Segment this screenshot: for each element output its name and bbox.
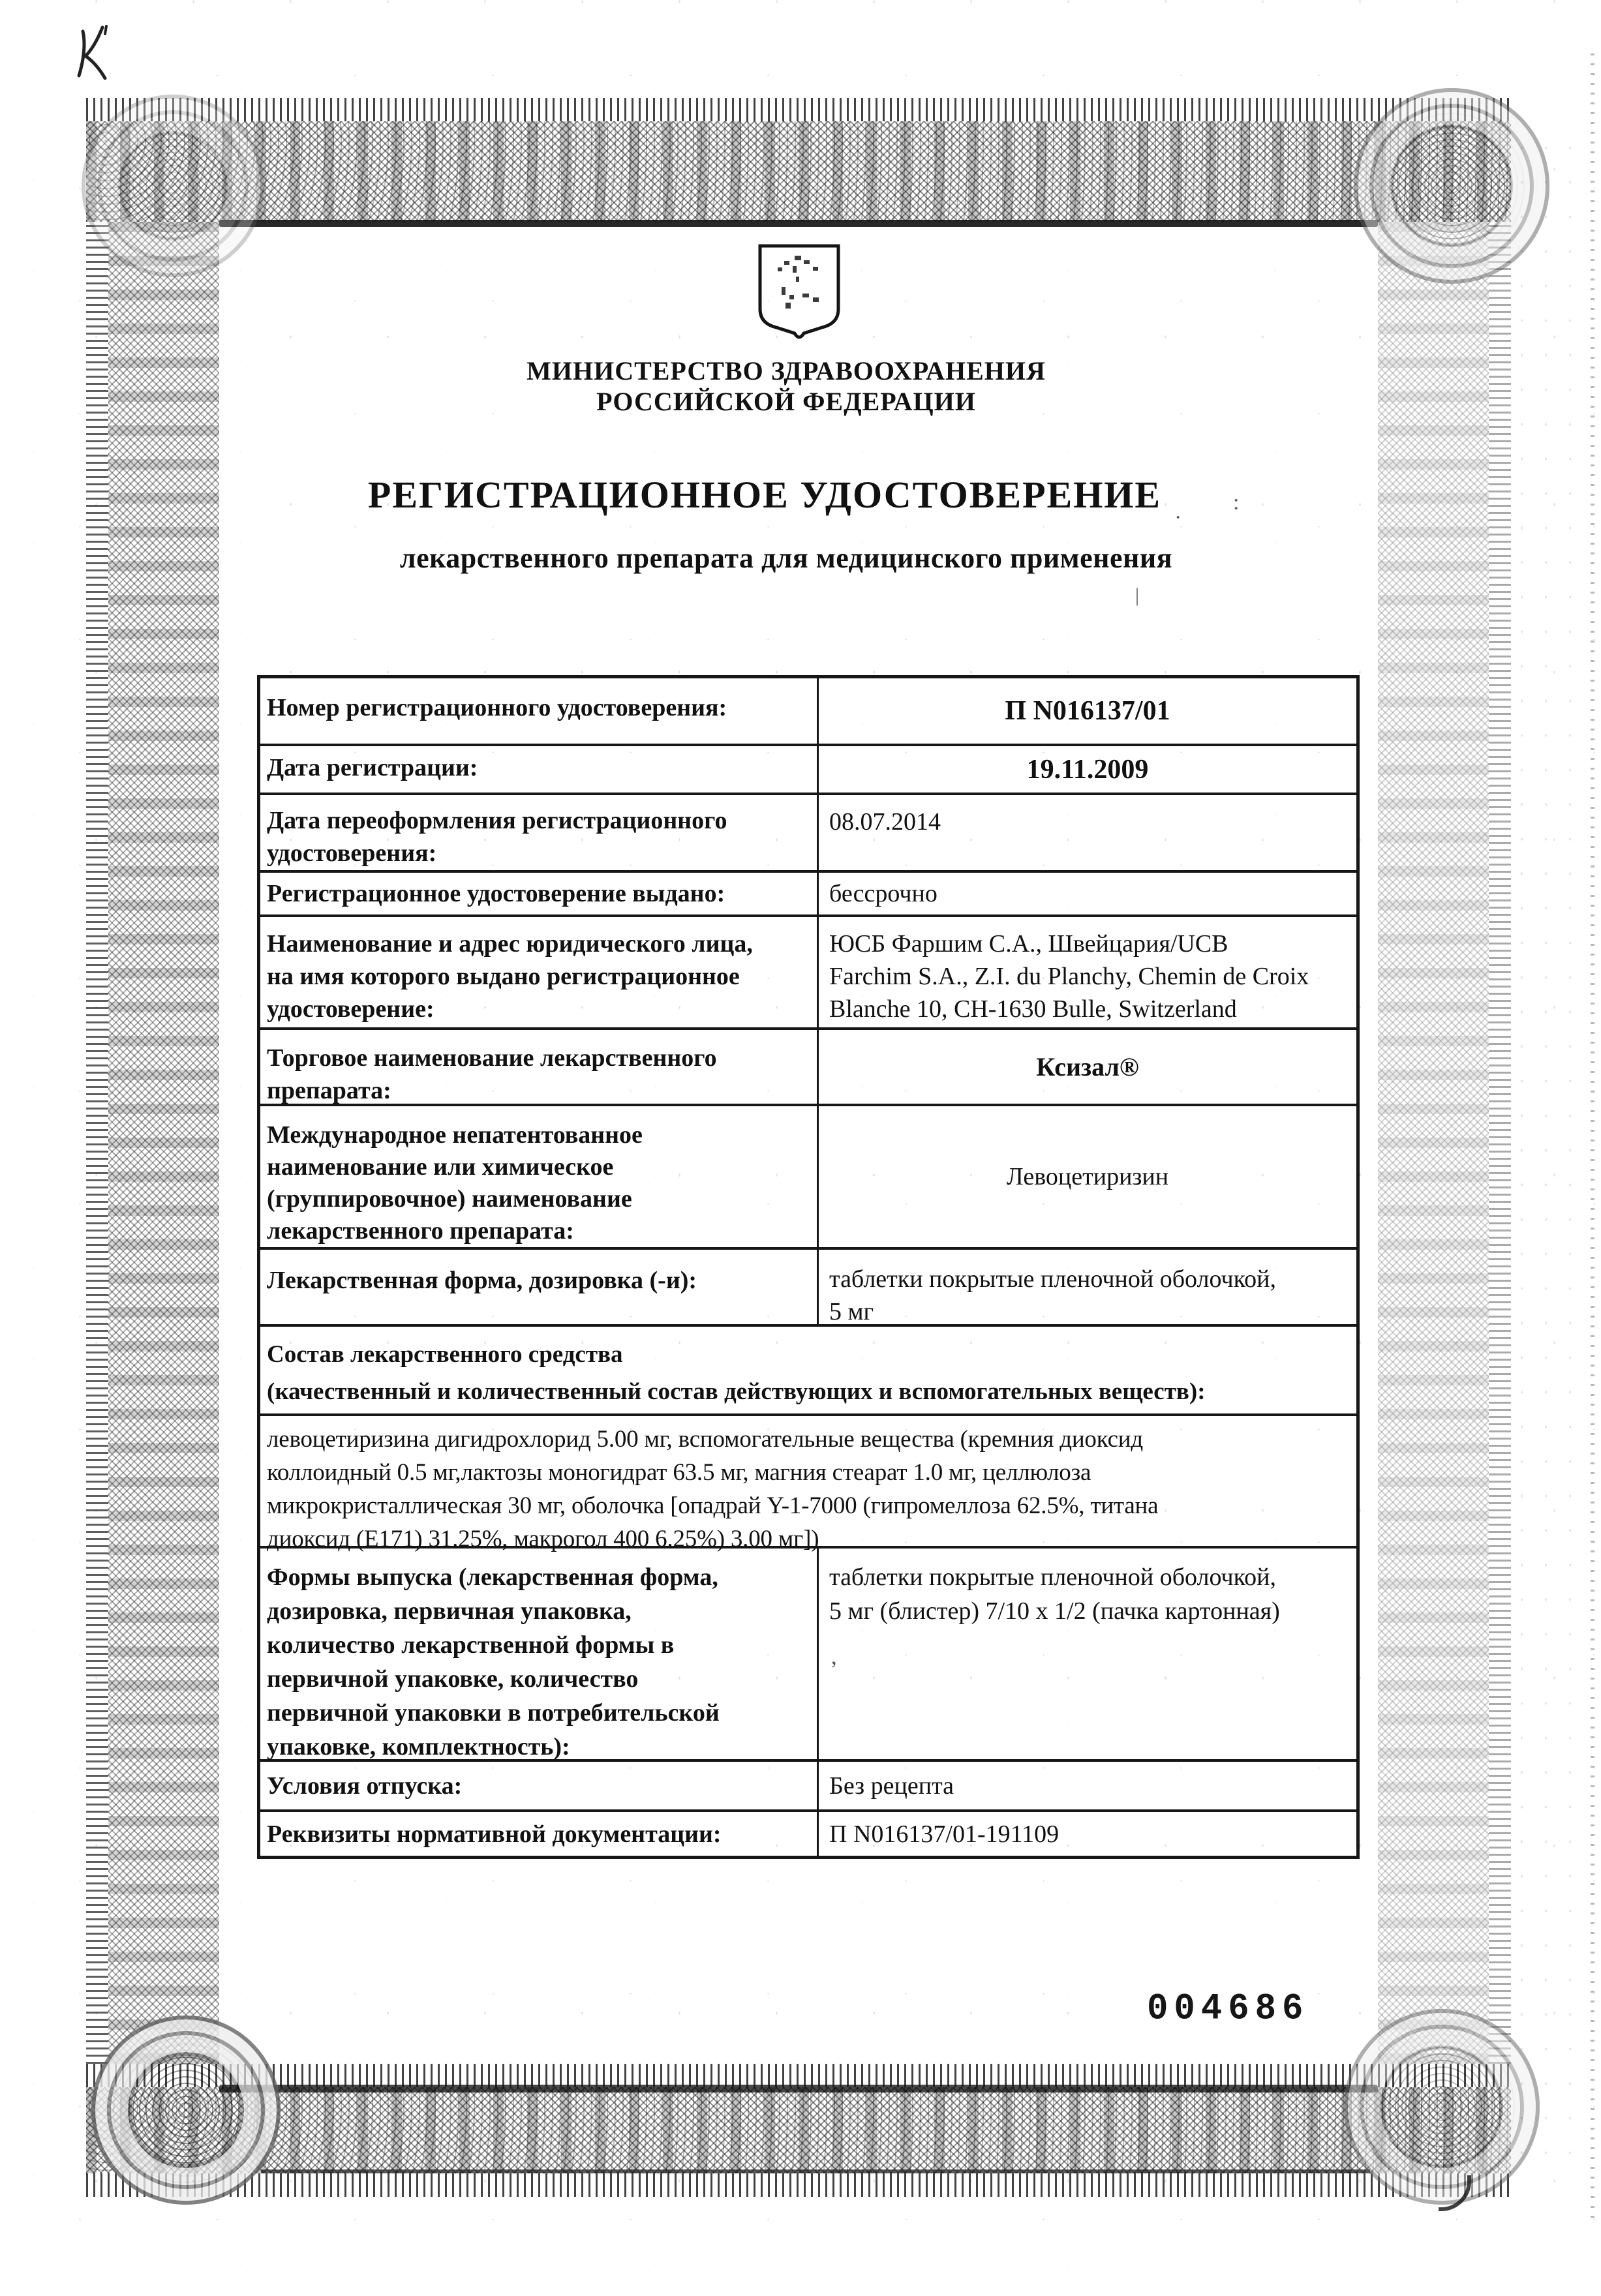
registration-details-table: Номер регистрационного удостоверения: П … bbox=[257, 675, 1360, 1859]
row-label: Формы выпуска (лекарственная форма, дози… bbox=[260, 1548, 817, 1759]
row-label: Международное непатентованное наименован… bbox=[260, 1106, 817, 1247]
border-lattice-bottom bbox=[86, 2087, 1511, 2173]
row-value: П N016137/01 bbox=[817, 678, 1356, 744]
row-label: Дата регистрации: bbox=[260, 746, 817, 793]
table-row-reg-date: Дата регистрации: 19.11.2009 bbox=[260, 744, 1356, 793]
document-title: РЕГИСТРАЦИОННОЕ УДОСТОВЕРЕНИЕ bbox=[0, 475, 1565, 515]
scan-artifact: : bbox=[1233, 491, 1239, 515]
scan-noise-page-edge bbox=[1591, 52, 1594, 2218]
corner-rosette-bottom-left bbox=[91, 2016, 281, 2205]
table-row-normative-docs: Реквизиты нормативной документации: П N0… bbox=[260, 1809, 1356, 1856]
scan-artifact: | bbox=[1135, 584, 1139, 607]
ministry-line2: РОССИЙСКОЙ ФЕДЕРАЦИИ bbox=[0, 386, 1587, 417]
corner-rosette-top-left bbox=[82, 95, 264, 277]
table-row-trade-name: Торговое наименование лекарственного пре… bbox=[260, 1027, 1356, 1104]
border-lattice-top bbox=[86, 121, 1511, 222]
ministry-line1: МИНИСТЕРСТВО ЗДРАВООХРАНЕНИЯ bbox=[0, 355, 1587, 386]
row-label: Регистрационное удостоверение выдано: bbox=[260, 873, 817, 914]
row-label: Наименование и адрес юридического лица, … bbox=[260, 917, 817, 1027]
scan-noise-right-margin bbox=[1510, 130, 1581, 2166]
row-label: Номер регистрационного удостоверения: bbox=[260, 678, 817, 744]
row-value: 08.07.2014 bbox=[817, 795, 1356, 870]
row-value: 19.11.2009 bbox=[817, 746, 1356, 793]
table-row-validity: Регистрационное удостоверение выдано: бе… bbox=[260, 870, 1356, 914]
table-row-inn-name: Международное непатентованное наименован… bbox=[260, 1104, 1356, 1247]
row-label: Реквизиты нормативной документации: bbox=[260, 1812, 817, 1856]
serial-number-stamp: 004686 bbox=[1147, 1989, 1309, 2030]
row-value: бессрочно bbox=[817, 873, 1356, 914]
border-band-top bbox=[86, 98, 1511, 222]
table-row-composition-header: Состав лекарственного средства (качестве… bbox=[260, 1324, 1356, 1413]
certificate-page: МИНИСТЕРСТВО ЗДРАВООХРАНЕНИЯ РОССИЙСКОЙ … bbox=[0, 0, 1601, 2296]
ministry-header: МИНИСТЕРСТВО ЗДРАВООХРАНЕНИЯ РОССИЙСКОЙ … bbox=[0, 355, 1587, 417]
scan-artifact: ’ bbox=[830, 1655, 838, 1683]
table-row-dispensing-conditions: Условия отпуска: Без рецепта bbox=[260, 1759, 1356, 1809]
row-text: Состав лекарственного средства (качестве… bbox=[260, 1327, 1356, 1413]
row-value: Без рецепта bbox=[817, 1762, 1356, 1809]
row-value: П N016137/01-191109 bbox=[817, 1812, 1356, 1856]
document-subtitle: лекарственного препарата для медицинског… bbox=[0, 541, 1587, 575]
row-value: таблетки покрытые пленочной оболочкой, 5… bbox=[817, 1548, 1356, 1759]
border-inner-line-top bbox=[219, 220, 1378, 227]
state-emblem-shield-icon bbox=[755, 243, 843, 342]
row-value: ЮСБ Фаршим С.А., Швейцария/UCB Farchim S… bbox=[817, 917, 1356, 1027]
border-fringe-bottom-upper bbox=[86, 2064, 1511, 2087]
table-row-dosage-form: Лекарственная форма, дозировка (-и): таб… bbox=[260, 1247, 1356, 1324]
row-label: Дата переоформления регистрационного удо… bbox=[260, 795, 817, 870]
table-row-holder-name-address: Наименование и адрес юридического лица, … bbox=[260, 914, 1356, 1027]
row-label: Торговое наименование лекарственного пре… bbox=[260, 1030, 817, 1104]
table-row-release-forms: Формы выпуска (лекарственная форма, дози… bbox=[260, 1546, 1356, 1759]
table-row-reg-number: Номер регистрационного удостоверения: П … bbox=[260, 678, 1356, 744]
handwritten-mark-icon bbox=[69, 25, 121, 83]
border-thin-line-bottom bbox=[261, 2169, 1370, 2173]
table-row-reissue-date: Дата переоформления регистрационного удо… bbox=[260, 793, 1356, 870]
table-row-composition-text: левоцетиризина дигидрохлорид 5.00 мг, вс… bbox=[260, 1413, 1356, 1546]
border-fringe-bottom-lower bbox=[86, 2173, 1511, 2197]
row-label: Лекарственная форма, дозировка (-и): bbox=[260, 1250, 817, 1324]
border-band-bottom bbox=[86, 2064, 1511, 2197]
scan-artifact: · bbox=[1174, 506, 1182, 530]
corner-flourish-bottom-right bbox=[1439, 2175, 1471, 2211]
row-text: левоцетиризина дигидрохлорид 5.00 мг, вс… bbox=[260, 1416, 1356, 1546]
border-fringe-top bbox=[86, 98, 1511, 121]
row-value: таблетки покрытые пленочной оболочкой, 5… bbox=[817, 1250, 1356, 1324]
row-label: Условия отпуска: bbox=[260, 1762, 817, 1809]
row-value: Левоцетиризин bbox=[817, 1106, 1356, 1247]
row-value: Ксизал® bbox=[817, 1030, 1356, 1104]
